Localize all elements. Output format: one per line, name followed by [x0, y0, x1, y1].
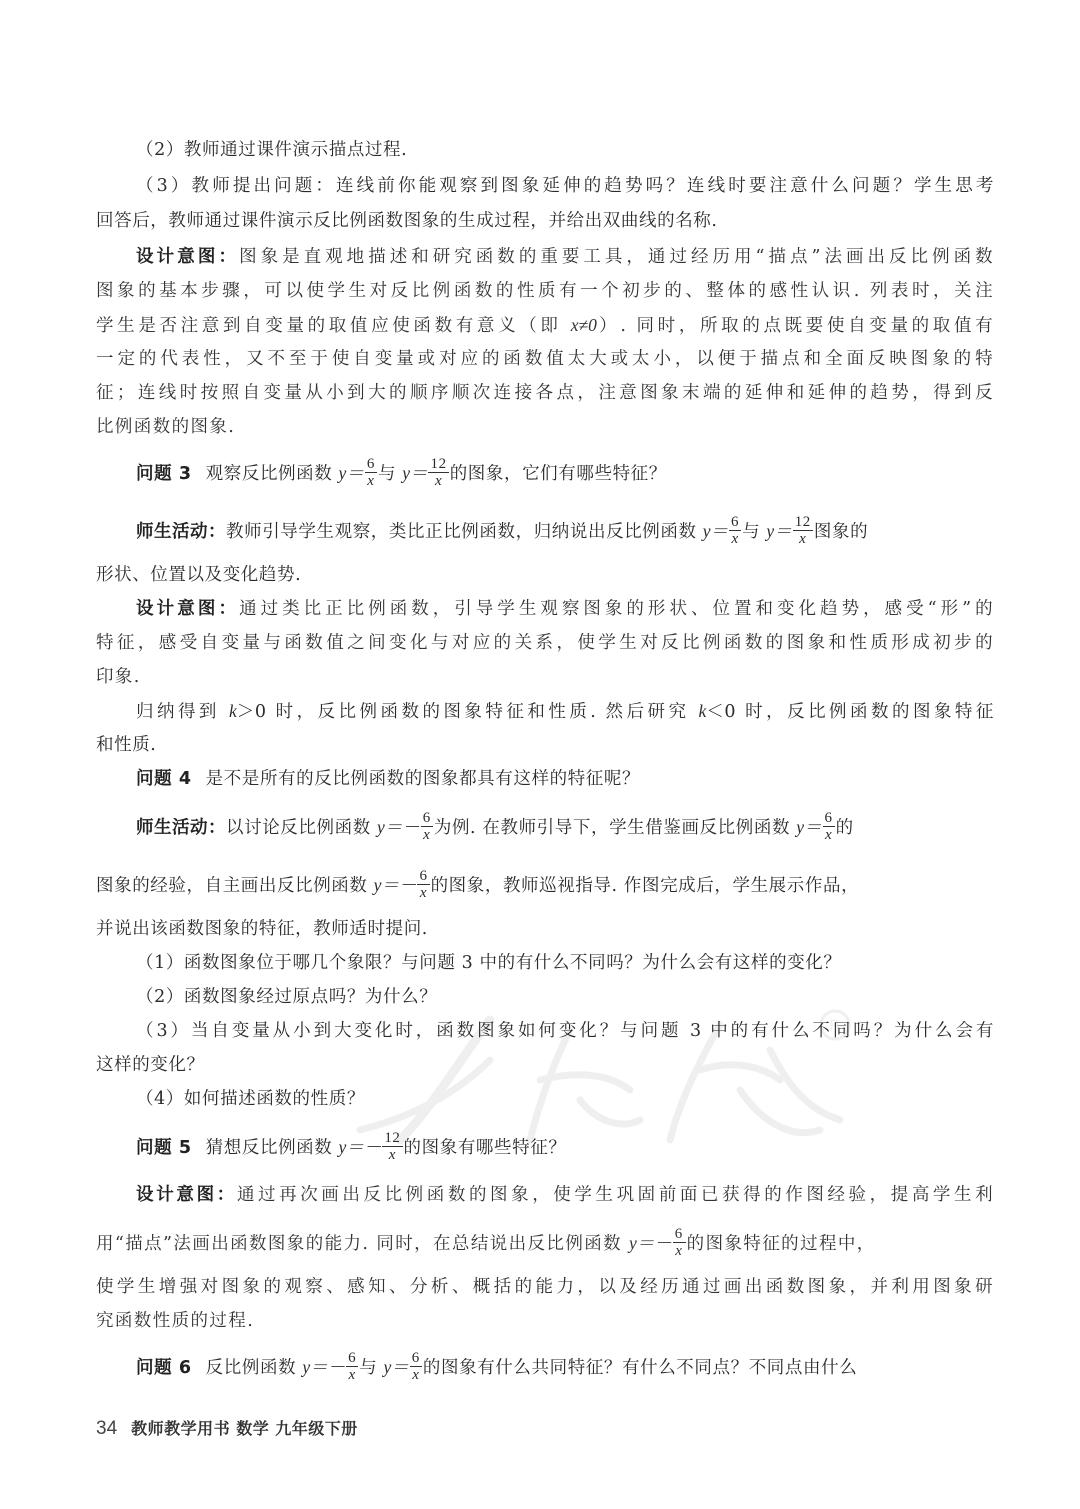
- sub-question-1: （1）函数图象位于哪几个象限？与问题 3 中的有什么不同吗？为什么会有这样的变化…: [96, 950, 994, 976]
- text: 归纳得到: [136, 702, 229, 722]
- design-intent-2-line-2: 特征，感受自变量与函数值之间变化与对应的关系，使学生对反比例函数的图象和性质形成…: [96, 630, 994, 656]
- question-6: 问题 6反比例函数 y＝－6x与 y＝6x的图象有什么共同特征？有什么不同点？不…: [96, 1352, 994, 1385]
- text: 猜想反比例函数: [206, 1138, 339, 1158]
- question-label: 问题 5: [136, 1138, 192, 1158]
- denominator: x: [793, 531, 813, 547]
- design-intent-2-line-3: 印象.: [96, 664, 994, 690]
- text: 的图象有哪些特征？: [404, 1138, 567, 1158]
- fraction: 6x: [421, 810, 433, 843]
- text: 图象的: [814, 522, 868, 542]
- text: 通过再次画出反比例函数的图象，使学生巩固前面已获得的作图经验，提高学生利: [237, 1185, 994, 1205]
- denominator: x: [417, 885, 429, 901]
- denominator: x: [673, 1243, 686, 1259]
- fraction: 6x: [673, 1226, 686, 1259]
- sub-question-4: （4）如何描述函数的性质？: [96, 1086, 994, 1112]
- text: 教师引导学生观察，类比正比例函数，归纳说出反比例函数: [226, 522, 703, 542]
- question-label: 问题 4: [136, 769, 192, 789]
- denominator: x: [823, 827, 835, 843]
- fraction: 6x: [729, 514, 741, 547]
- denominator: x: [428, 473, 448, 489]
- denominator: x: [346, 1367, 358, 1383]
- text: ＜0 时，反比例函数的图象特征: [706, 702, 994, 722]
- step-3-line-1: （3）教师提出问题：连线前你能观察到图象延伸的趋势吗？连线时要注意什么问题？学生…: [96, 173, 994, 199]
- text: 学生是否注意到自变量的取值应使函数有意义（即: [96, 316, 571, 336]
- text: 图象的经验，自主画出反比例函数: [96, 876, 374, 896]
- fraction: 6x: [410, 1350, 422, 1383]
- summary-line-2: 和性质.: [96, 732, 994, 758]
- numerator: 12: [793, 514, 813, 531]
- text: 与: [742, 522, 766, 542]
- numerator: 6: [417, 868, 429, 885]
- design-intent-1-line-4: 一定的代表性，又不至于使自变量或对应的函数值太大或太小，以便于描点和全面反映图象…: [96, 346, 994, 372]
- design-intent-label: 设计意图：: [136, 247, 239, 267]
- design-intent-1-line-3: 学生是否注意到自变量的取值应使函数有意义（即 x≠0）. 同时，所取的点既要使自…: [96, 312, 994, 339]
- text: ）. 同时，所取的点既要使自变量的取值有: [597, 316, 994, 336]
- math-expression: y＝: [339, 463, 364, 483]
- fraction: 6x: [365, 456, 377, 489]
- text: 的: [836, 818, 854, 838]
- text: 的图象特征的过程中，: [687, 1234, 876, 1254]
- fraction: 6x: [823, 810, 835, 843]
- math-expression: y＝－: [377, 817, 420, 837]
- fraction: 12x: [382, 1130, 402, 1163]
- math-expression: y＝: [766, 521, 791, 541]
- numerator: 6: [365, 456, 377, 473]
- step-3-line-2: 回答后，教师通过课件演示反比例函数图象的生成过程，并给出双曲线的名称.: [96, 208, 994, 234]
- design-intent-label: 设计意图：: [136, 1185, 237, 1205]
- question-5: 问题 5猜想反比例函数 y＝－12x的图象有哪些特征？: [96, 1132, 994, 1165]
- text: 的图象，它们有哪些特征？: [450, 464, 667, 484]
- text: 反比例函数: [206, 1358, 303, 1378]
- fraction: 12x: [793, 514, 813, 547]
- text: 是不是所有的反比例函数的图象都具有这样的特征呢？: [206, 769, 640, 789]
- fraction: 6x: [417, 868, 429, 901]
- step-2: （2）教师通过课件演示描点过程.: [96, 137, 994, 163]
- numerator: 6: [410, 1350, 422, 1367]
- activity-3-line-2: 形状、位置以及变化趋势.: [96, 562, 994, 588]
- text: 用“描点”法画出函数图象的能力. 同时，在总结说出反比例函数: [96, 1234, 629, 1254]
- numerator: 12: [382, 1130, 402, 1147]
- numerator: 6: [346, 1350, 358, 1367]
- numerator: 6: [421, 810, 433, 827]
- design-intent-1-line-6: 比例函数的图象.: [96, 414, 994, 440]
- math-expression: y＝－: [374, 875, 417, 895]
- question-4: 问题 4是不是所有的反比例函数的图象都具有这样的特征呢？: [96, 766, 994, 792]
- math-expression: y＝: [703, 521, 728, 541]
- fraction: 12x: [428, 456, 448, 489]
- activity-3-line-1: 师生活动：教师引导学生观察，类比正比例函数，归纳说出反比例函数 y＝6x与 y＝…: [96, 516, 994, 549]
- design-intent-2-line-1: 设计意图：通过类比正比例函数，引导学生观察图象的形状、位置和变化趋势，感受“形”…: [96, 596, 994, 622]
- math-expression: x≠0: [571, 315, 597, 335]
- denominator: x: [365, 473, 377, 489]
- text: 的图象，教师巡视指导. 作图完成后，学生展示作品，: [431, 876, 860, 896]
- text: 与: [378, 464, 402, 484]
- question-label: 问题 6: [136, 1358, 192, 1378]
- design-intent-1-line-2: 图象的基本步骤，可以使学生对反比例函数的性质有一个初步的、整体的感性认识. 列表…: [96, 278, 994, 304]
- sub-question-3-line-2: 这样的变化？: [96, 1052, 994, 1078]
- numerator: 6: [729, 514, 741, 531]
- numerator: 6: [673, 1226, 686, 1243]
- numerator: 6: [823, 810, 835, 827]
- text: ＞0 时，反比例函数的图象特征和性质. 然后研究: [237, 702, 699, 722]
- denominator: x: [729, 531, 741, 547]
- design-intent-label: 设计意图：: [136, 599, 239, 619]
- math-expression: y＝－: [629, 1233, 672, 1253]
- text: 以讨论反比例函数: [226, 818, 377, 838]
- text: 观察反比例函数: [206, 464, 339, 484]
- math-variable: k: [229, 701, 237, 721]
- numerator: 12: [428, 456, 448, 473]
- text: 图象是直观地描述和研究函数的重要工具，通过经历用“描点”法画出反比例函数: [239, 247, 994, 267]
- denominator: x: [382, 1147, 402, 1163]
- question-3: 问题 3观察反比例函数 y＝6x与 y＝12x的图象，它们有哪些特征？: [96, 458, 994, 491]
- math-expression: y＝－: [302, 1357, 345, 1377]
- math-expression: y＝: [402, 463, 427, 483]
- sub-question-3-line-1: （3）当自变量从小到大变化时，函数图象如何变化？与问题 3 中的有什么不同吗？为…: [96, 1018, 994, 1044]
- text: 的图象有什么共同特征？有什么不同点？不同点由什么: [423, 1358, 857, 1378]
- design-intent-3-line-3: 使学生增强对图象的观察、感知、分析、概括的能力，以及经历通过画出函数图象，并利用…: [96, 1274, 994, 1300]
- page-footer: 34教师教学用书 数学 九年级下册: [96, 1416, 358, 1440]
- math-expression: y＝: [796, 817, 821, 837]
- activity-4-line-2: 图象的经验，自主画出反比例函数 y＝－6x的图象，教师巡视指导. 作图完成后，学…: [96, 870, 994, 903]
- fraction: 6x: [346, 1350, 358, 1383]
- summary-line-1: 归纳得到 k＞0 时，反比例函数的图象特征和性质. 然后研究 k＜0 时，反比例…: [96, 698, 994, 725]
- denominator: x: [410, 1367, 422, 1383]
- design-intent-3-line-1: 设计意图：通过再次画出反比例函数的图象，使学生巩固前面已获得的作图经验，提高学生…: [96, 1182, 994, 1208]
- activity-4-line-1: 师生活动：以讨论反比例函数 y＝－6x为例. 在教师引导下，学生借鉴画反比例函数…: [96, 812, 994, 845]
- activity-label: 师生活动：: [136, 818, 226, 838]
- text: 与: [359, 1358, 383, 1378]
- denominator: x: [421, 827, 433, 843]
- math-expression: y＝: [384, 1357, 409, 1377]
- design-intent-3-line-4: 究函数性质的过程.: [96, 1308, 994, 1334]
- text: 通过类比正比例函数，引导学生观察图象的形状、位置和变化趋势，感受“形”的: [239, 599, 994, 619]
- text: 为例. 在教师引导下，学生借鉴画反比例函数: [434, 818, 796, 838]
- math-expression: y＝－: [339, 1137, 382, 1157]
- question-label: 问题 3: [136, 464, 192, 484]
- activity-4-line-3: 并说出该函数图象的特征，教师适时提问.: [96, 916, 994, 942]
- book-title: 教师教学用书 数学 九年级下册: [131, 1419, 358, 1438]
- sub-question-2: （2）函数图象经过原点吗？为什么？: [96, 984, 994, 1010]
- activity-label: 师生活动：: [136, 522, 226, 542]
- design-intent-1-line-5: 征；连线时按照自变量从小到大的顺序顺次连接各点，注意图象末端的延伸和延伸的趋势，…: [96, 380, 994, 406]
- design-intent-1-line-1: 设计意图：图象是直观地描述和研究函数的重要工具，通过经历用“描点”法画出反比例函…: [96, 244, 994, 270]
- page-number: 34: [96, 1418, 117, 1439]
- design-intent-3-line-2: 用“描点”法画出函数图象的能力. 同时，在总结说出反比例函数 y＝－6x的图象特…: [96, 1228, 994, 1261]
